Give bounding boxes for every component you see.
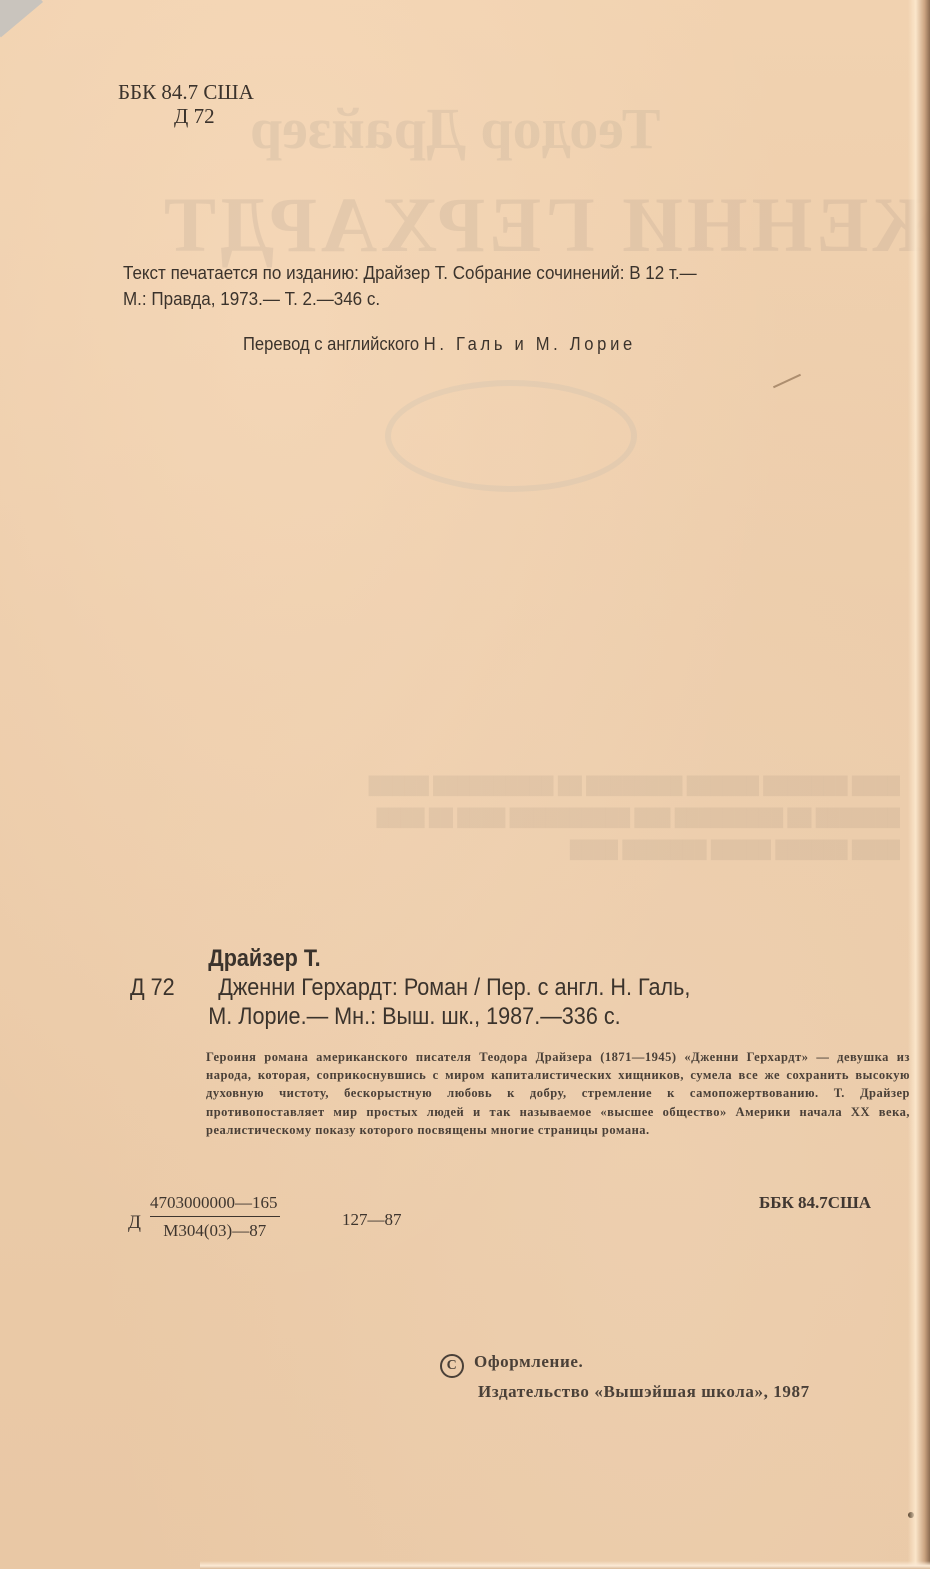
paper-mark	[773, 374, 801, 388]
translation-prefix: Перевод с английского	[243, 334, 419, 354]
show-through-emblem	[385, 380, 637, 492]
translators: Н. Галь и М. Лорие	[424, 334, 636, 354]
classification-bottom: ББК 84.7США	[759, 1193, 871, 1213]
formula-fraction: 4703000000—165 М304(03)—87	[150, 1193, 280, 1241]
show-through-title: ДЖЕННИ ГЕРХАРДТ	[160, 180, 930, 270]
classification-top: ББК 84.7 США Д 72	[118, 80, 254, 128]
formula-numerator: 4703000000—165	[150, 1193, 280, 1217]
page-edge-right	[908, 0, 930, 1569]
copyright-line-2: Издательство «Вышэйшая школа», 1987	[440, 1378, 810, 1405]
source-note-line-1: Текст печатается по изданию: Драйзер Т. …	[123, 260, 697, 286]
source-note-line-2: М.: Правда, 1973.— Т. 2.—346 с.	[123, 286, 697, 312]
catalog-imprint: М. Лорие.— Мн.: Выш. шк., 1987.—336 с.	[130, 1002, 690, 1031]
translation-note: Перевод с английского Н. Галь и М. Лорие	[243, 334, 636, 355]
formula-prefix: Д	[128, 1212, 141, 1234]
copyright-line-1: Оформление.	[474, 1352, 583, 1371]
page-edge-bottom	[200, 1561, 930, 1569]
catalog-title: Дженни Герхардт: Роман / Пер. с англ. Н.…	[218, 974, 690, 1001]
folded-corner	[0, 0, 43, 37]
catalog-entry: Драйзер Т. Д 72Дженни Герхардт: Роман / …	[130, 944, 690, 1031]
book-annotation: Героиня романа американского писателя Те…	[206, 1048, 910, 1139]
formula-suffix: 127—87	[342, 1210, 402, 1230]
show-through-author: Теодор Драйзер	[250, 95, 661, 162]
author-mark: Д 72	[118, 104, 254, 128]
formula-denominator: М304(03)—87	[150, 1217, 280, 1241]
book-imprint-page: Теодор Драйзер ДЖЕННИ ГЕРХАРДТ ████ ████…	[0, 0, 930, 1569]
copyright-icon: C	[440, 1354, 464, 1378]
copyright-notice: CОформление. Издательство «Вышэйшая школ…	[440, 1348, 810, 1405]
source-edition-note: Текст печатается по изданию: Драйзер Т. …	[123, 260, 697, 312]
catalog-author: Драйзер Т.	[130, 944, 690, 973]
catalog-code: Д 72	[130, 973, 218, 1002]
bbk-code: ББК 84.7 США	[118, 80, 254, 104]
show-through-text: ████ ███████ ██████ ████████ ██ ████████…	[140, 770, 900, 866]
